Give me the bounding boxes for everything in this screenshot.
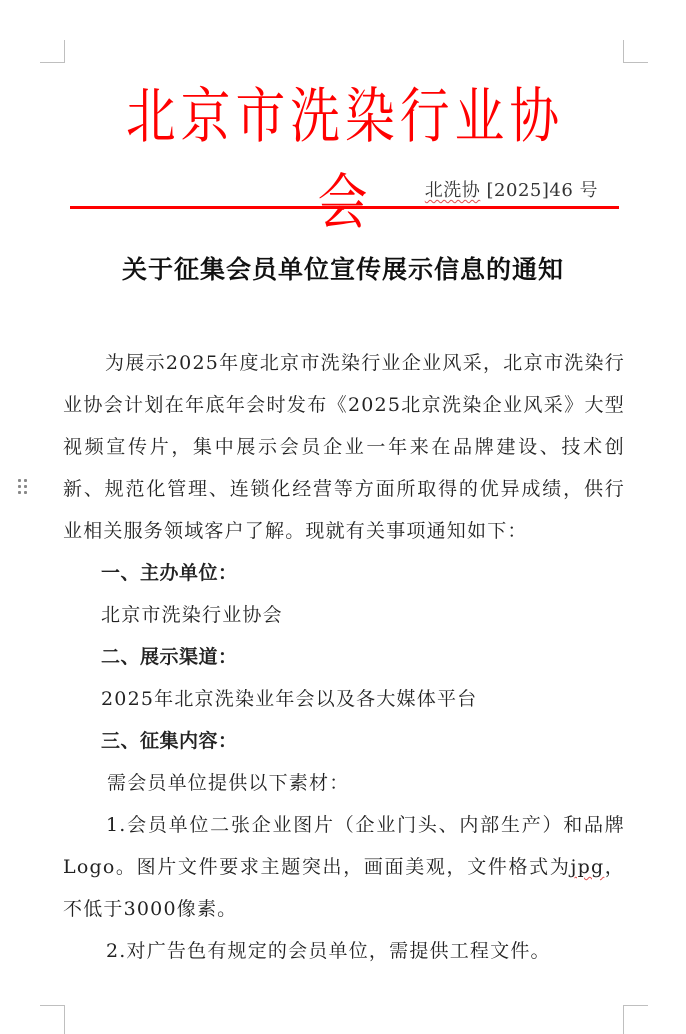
document-body: 为展示2025年度北京市洗染行业企业风采，北京市洗染行业协会计划在年底年会时发布… — [63, 342, 625, 972]
document-number: 北洗协 [2025]46 号 — [300, 176, 598, 202]
section-content-organizer: 北京市洗染行业协会 — [63, 594, 625, 636]
document-number-rest: [2025]46 号 — [480, 180, 598, 201]
section-content-channels: 2025年北京洗染业年会以及各大媒体平台 — [63, 678, 625, 720]
list-item-2: 2.对广告色有规定的会员单位，需提供工程文件。 — [63, 930, 625, 972]
list-item-1-text: 1.会员单位二张企业图片（企业门头、内部生产）和品牌Logo。图片文件要求主题突… — [63, 814, 625, 878]
page-corner-mark-top-left — [40, 40, 65, 63]
page-corner-mark-top-right — [623, 40, 648, 63]
notice-title: 关于征集会员单位宣传展示信息的通知 — [40, 250, 646, 286]
section-content-intro: 需会员单位提供以下素材： — [63, 762, 625, 804]
red-divider-line — [70, 206, 619, 209]
document-number-prefix[interactable]: 北洗协 — [425, 180, 481, 201]
spellcheck-flagged-word[interactable]: jpg — [571, 856, 605, 878]
page-corner-mark-bottom-left — [40, 1005, 65, 1034]
masthead-title: 北京市洗染行业协会 — [108, 74, 581, 246]
drag-handle-icon[interactable] — [18, 479, 30, 497]
section-heading-organizer: 一、主办单位： — [63, 552, 625, 594]
section-heading-channels: 二、展示渠道： — [63, 636, 625, 678]
intro-paragraph: 为展示2025年度北京市洗染行业企业风采，北京市洗染行业协会计划在年底年会时发布… — [63, 342, 625, 552]
page-corner-mark-bottom-right — [623, 1005, 648, 1034]
section-heading-content: 三、征集内容： — [63, 720, 625, 762]
list-item-1: 1.会员单位二张企业图片（企业门头、内部生产）和品牌Logo。图片文件要求主题突… — [63, 804, 625, 930]
